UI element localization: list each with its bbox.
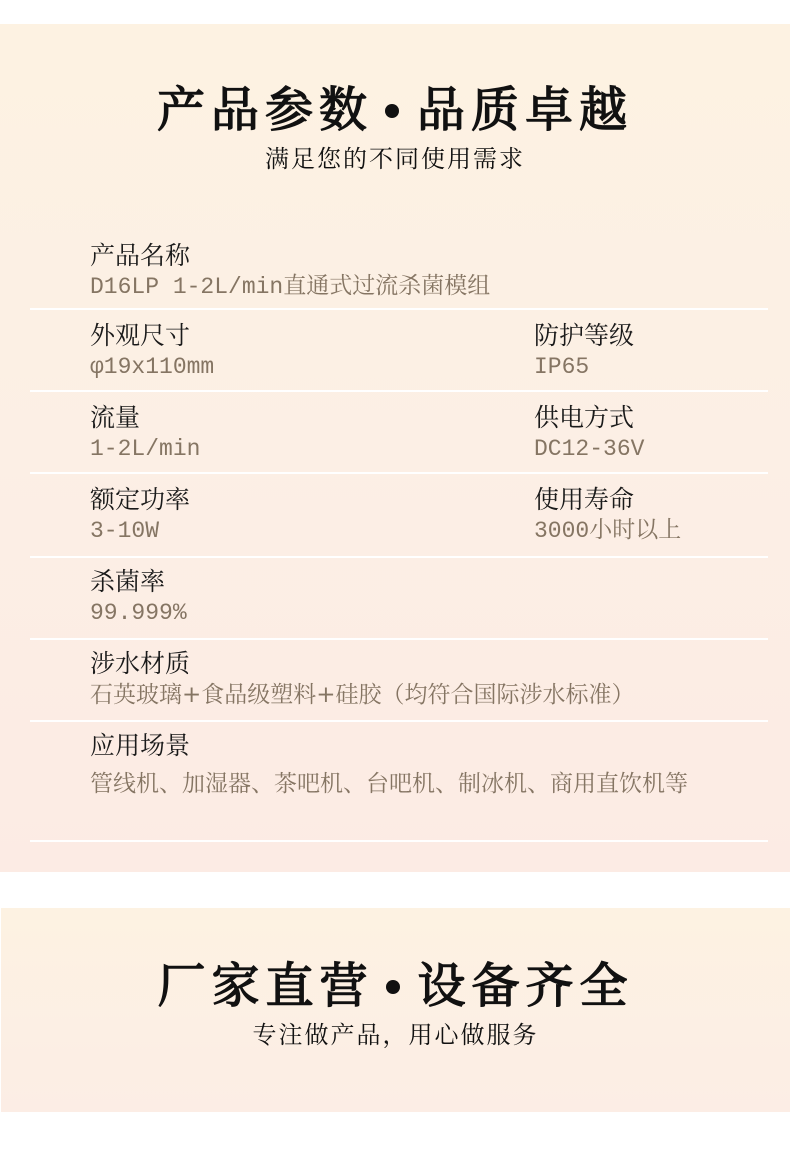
spec-label: 应用场景 bbox=[90, 730, 750, 762]
spec-row-material: 涉水材质 石英玻璃+食品级塑料+硅胶（均符合国际涉水标准） bbox=[30, 640, 768, 722]
spec-label: 使用寿命 bbox=[534, 484, 681, 516]
spec-cell: 供电方式 DC12-36V bbox=[534, 402, 644, 464]
spec-cell: 流量 1-2L/min bbox=[90, 402, 200, 464]
spec-value: φ19x110mm bbox=[90, 352, 214, 382]
spec-label: 杀菌率 bbox=[90, 566, 187, 598]
specs-heading-right: 品质卓越 bbox=[417, 82, 633, 138]
spec-label: 产品名称 bbox=[90, 240, 490, 272]
spec-label: 防护等级 bbox=[534, 320, 634, 352]
spec-label: 流量 bbox=[90, 402, 200, 434]
spec-row-dimensions: 外观尺寸 φ19x110mm 防护等级 IP65 bbox=[30, 310, 768, 392]
spec-row-sterilization: 杀菌率 99.999% bbox=[30, 558, 768, 640]
spec-cell: 使用寿命 3000小时以上 bbox=[534, 484, 681, 546]
spec-row-applications: 应用场景 管线机、加湿器、茶吧机、台吧机、制冰机、商用直饮机等 bbox=[30, 722, 768, 842]
spec-label: 供电方式 bbox=[534, 402, 644, 434]
spec-row-product-name: 产品名称 D16LP 1-2L/min直通式过流杀菌模组 bbox=[30, 240, 768, 310]
specs-subtitle: 满足您的不同使用需求 bbox=[0, 144, 790, 174]
spec-cell: 额定功率 3-10W bbox=[90, 484, 190, 546]
factory-heading-left: 厂家直营 bbox=[157, 958, 373, 1014]
product-specs-panel: 产品参数品质卓越 满足您的不同使用需求 产品名称 D16LP 1-2L/min直… bbox=[0, 24, 790, 872]
spec-row-flow: 流量 1-2L/min 供电方式 DC12-36V bbox=[30, 392, 768, 474]
spec-cell: 涉水材质 石英玻璃+食品级塑料+硅胶（均符合国际涉水标准） bbox=[90, 648, 750, 710]
bullet-dot-icon bbox=[386, 980, 400, 994]
spec-label: 外观尺寸 bbox=[90, 320, 214, 352]
factory-heading: 厂家直营设备齐全 bbox=[1, 958, 790, 1014]
spec-value: DC12-36V bbox=[534, 434, 644, 464]
spec-cell: 杀菌率 99.999% bbox=[90, 566, 187, 628]
spec-value: 石英玻璃+食品级塑料+硅胶（均符合国际涉水标准） bbox=[90, 680, 750, 710]
specs-heading-left: 产品参数 bbox=[157, 82, 373, 138]
bullet-dot-icon bbox=[385, 104, 399, 118]
spec-cell: 防护等级 IP65 bbox=[534, 320, 634, 382]
spec-value: 99.999% bbox=[90, 598, 187, 628]
spec-value: 3-10W bbox=[90, 516, 190, 546]
factory-direct-panel: 厂家直营设备齐全 专注做产品，用心做服务 bbox=[1, 908, 790, 1112]
spec-row-power: 额定功率 3-10W 使用寿命 3000小时以上 bbox=[30, 474, 768, 558]
spec-value: D16LP 1-2L/min直通式过流杀菌模组 bbox=[90, 272, 490, 302]
spec-value: 管线机、加湿器、茶吧机、台吧机、制冰机、商用直饮机等 bbox=[90, 768, 750, 800]
spec-value: IP65 bbox=[534, 352, 634, 382]
spec-label: 涉水材质 bbox=[90, 648, 750, 680]
spec-label: 额定功率 bbox=[90, 484, 190, 516]
spec-value: 1-2L/min bbox=[90, 434, 200, 464]
spec-value: 3000小时以上 bbox=[534, 516, 681, 546]
specs-heading: 产品参数品质卓越 bbox=[0, 82, 790, 138]
factory-subtitle: 专注做产品，用心做服务 bbox=[1, 1020, 790, 1050]
spec-cell: 外观尺寸 φ19x110mm bbox=[90, 320, 214, 382]
spec-cell: 产品名称 D16LP 1-2L/min直通式过流杀菌模组 bbox=[90, 240, 490, 302]
factory-heading-right: 设备齐全 bbox=[418, 958, 634, 1014]
spec-cell: 应用场景 管线机、加湿器、茶吧机、台吧机、制冰机、商用直饮机等 bbox=[90, 730, 750, 800]
